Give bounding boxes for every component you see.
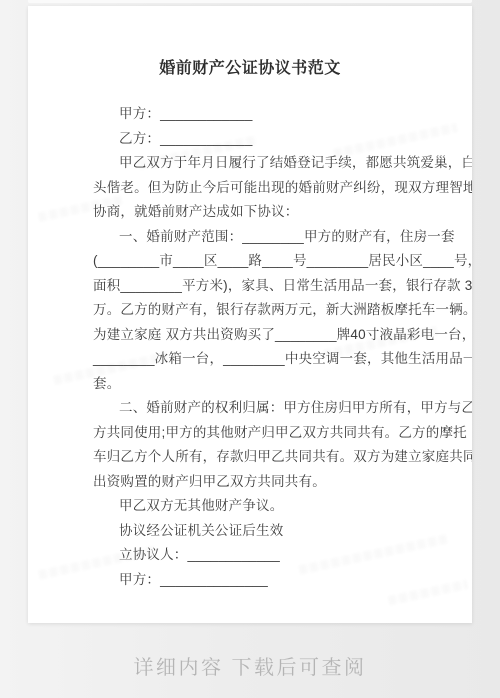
document-line: 套。 <box>93 372 409 397</box>
document-line: 面积________平方米)，家具、日常生活用品一套，银行存款 30 <box>93 274 409 299</box>
document-line: 出资购置的财产归甲乙双方共同共有。 <box>93 470 409 495</box>
document-line: 车归乙方个人所有，存款归甲乙共同共有。双方为建立家庭共同 <box>93 445 409 470</box>
document-line: 一、婚前财产范围：________甲方的财产有，住房一套 <box>93 225 409 250</box>
document-line: 甲方：______________ <box>93 568 409 593</box>
previous-page-edge <box>28 0 472 3</box>
document-line: 协商，就婚前财产达成如下协议： <box>93 200 409 225</box>
document-line: 甲乙双方无其他财产争议。 <box>93 494 409 519</box>
footer-note: 详细内容 下载后可查阅 <box>0 651 500 680</box>
document-page: 婚前财产公证协议书范文 甲方：____________乙方：__________… <box>28 6 472 623</box>
document-line: 方共同使用;甲方的其他财产归甲乙双方共同共有。乙方的摩托 <box>93 421 409 446</box>
document-body: 甲方：____________乙方：____________甲乙双方于年月日履行… <box>28 102 472 592</box>
document-line: 立协议人：____________ <box>93 543 409 568</box>
document-line: (________市____区____路____号________居民小区___… <box>93 249 409 274</box>
document-line: 头偕老。但为防止今后可能出现的婚前财产纠纷，现双方理智地 <box>93 176 409 201</box>
document-title: 婚前财产公证协议书范文 <box>28 58 472 80</box>
document-line: 甲乙双方于年月日履行了结婚登记手续，都愿共筑爱巢，白 <box>93 151 409 176</box>
document-line: 协议经公证机关公证后生效 <box>93 519 409 544</box>
document-line: 为建立家庭 双方共出资购买了________牌40寸液晶彩电一台， <box>93 323 409 348</box>
document-line: ________冰箱一台，________中央空调一套，其他生活用品一 <box>93 347 409 372</box>
document-line: 乙方：____________ <box>93 127 409 152</box>
document-line: 万。乙方的财产有，银行存款两万元，新大洲踏板摩托车一辆。 <box>93 298 409 323</box>
document-line: 甲方：____________ <box>93 102 409 127</box>
document-line: 二、婚前财产的权利归属：甲方住房归甲方所有，甲方与乙 <box>93 396 409 421</box>
